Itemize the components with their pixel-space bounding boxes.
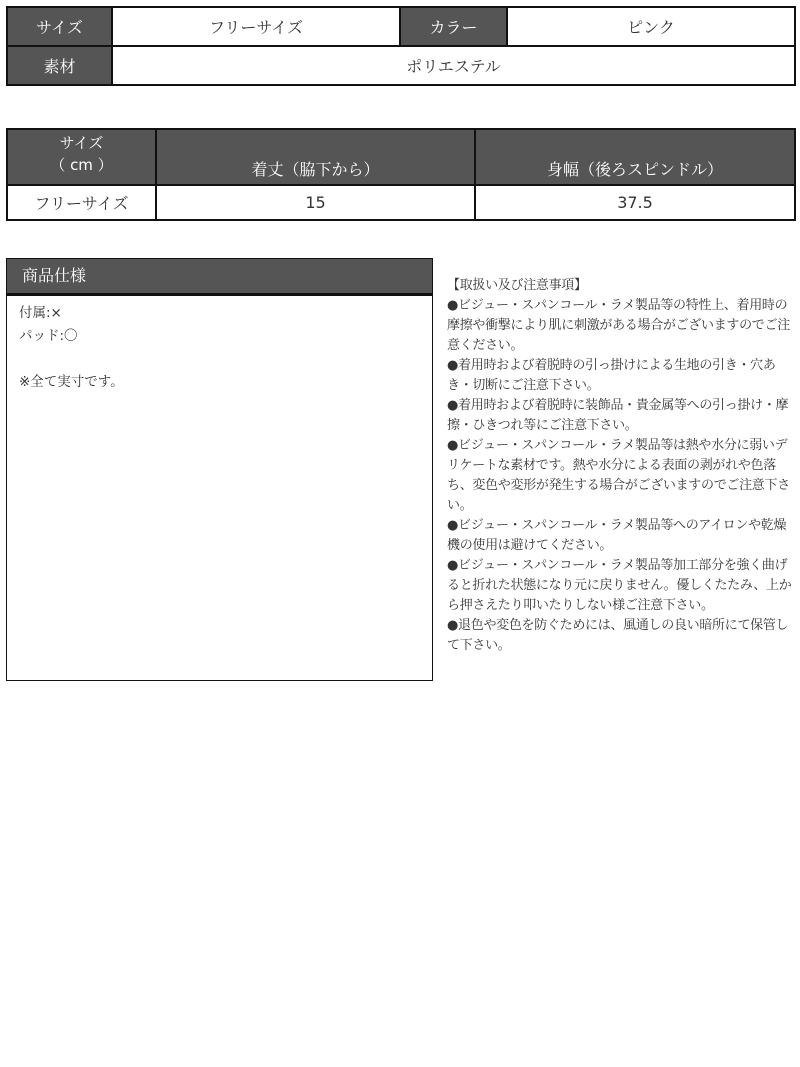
care-item: ●退色や変色を防ぐためには、風通しの良い暗所にて保管して下さい。 <box>447 616 797 656</box>
table-header-row: サイズ （ cm ） 着丈（脇下から） 身幅（後ろスピンドル） <box>7 129 795 185</box>
header-length: 着丈（脇下から） <box>156 129 475 185</box>
spec-line-note: ※全て実寸です。 <box>19 371 432 394</box>
header-size-line2: （ cm ） <box>8 154 155 176</box>
care-item: ●ビジュー・スパンコール・ラメ製品等へのアイロンや乾燥機の使用は避けてください。 <box>447 516 797 556</box>
measurement-table: サイズ （ cm ） 着丈（脇下から） 身幅（後ろスピンドル） フリーサイズ 1… <box>6 128 796 221</box>
size-label: サイズ <box>7 7 112 46</box>
table-row: サイズ フリーサイズ カラー ピンク <box>7 7 795 46</box>
spec-title: 商品仕様 <box>7 259 432 296</box>
care-item: ●ビジュー・スパンコール・ラメ製品等の特性上、着用時の摩擦や衝撃により肌に刺激が… <box>447 296 797 356</box>
spec-line-pad: パッド:〇 <box>19 325 432 348</box>
header-size-line1: サイズ <box>8 132 155 154</box>
table-row: フリーサイズ 15 37.5 <box>7 185 795 220</box>
header-size: サイズ （ cm ） <box>7 129 156 185</box>
color-label: カラー <box>400 7 507 46</box>
material-label: 素材 <box>7 46 112 85</box>
product-spec-box: 商品仕様 付属:× パッド:〇 ※全て実寸です。 <box>6 258 433 681</box>
table-row: 素材 ポリエステル <box>7 46 795 85</box>
care-item: ●着用時および着脱時の引っ掛けによる生地の引き・穴あき・切断にご注意下さい。 <box>447 356 797 396</box>
care-title: 【取扱い及び注意事項】 <box>447 276 797 296</box>
cell-width: 37.5 <box>475 185 795 220</box>
size-value: フリーサイズ <box>112 7 400 46</box>
basic-info-table: サイズ フリーサイズ カラー ピンク 素材 ポリエステル <box>6 6 796 86</box>
care-item: ●着用時および着脱時に装飾品・貴金属等への引っ掛け・摩擦・ひきつれ等にご注意下さ… <box>447 396 797 436</box>
spec-line-accessory: 付属:× <box>19 302 432 325</box>
material-value: ポリエステル <box>112 46 795 85</box>
spec-spacer <box>19 348 432 371</box>
care-item: ●ビジュー・スパンコール・ラメ製品等は熱や水分に弱いデリケートな素材です。熱や水… <box>447 436 797 516</box>
color-value: ピンク <box>507 7 795 46</box>
care-item: ●ビジュー・スパンコール・ラメ製品等加工部分を強く曲げると折れた状態になり元に戻… <box>447 556 797 616</box>
cell-size: フリーサイズ <box>7 185 156 220</box>
cell-length: 15 <box>156 185 475 220</box>
header-width: 身幅（後ろスピンドル） <box>475 129 795 185</box>
care-notes: 【取扱い及び注意事項】 ●ビジュー・スパンコール・ラメ製品等の特性上、着用時の摩… <box>447 276 797 656</box>
spec-body: 付属:× パッド:〇 ※全て実寸です。 <box>7 296 432 394</box>
